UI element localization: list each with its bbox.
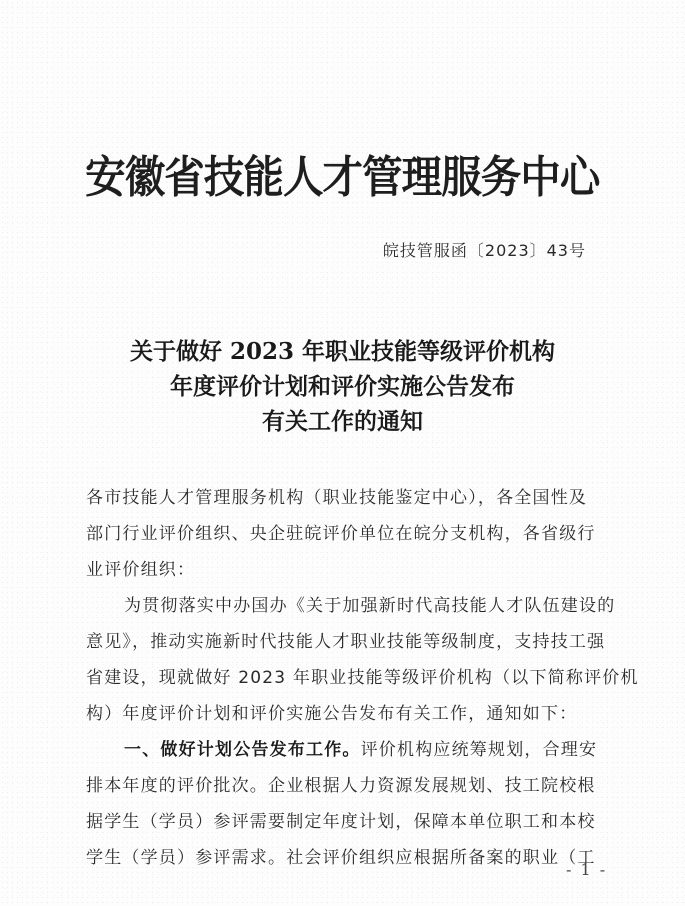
- document-number: 皖技管服函〔2023〕43号: [383, 240, 586, 262]
- heading-line: 年度评价计划和评价实施公告发布: [0, 369, 685, 404]
- page-number: - 1 -: [566, 860, 607, 879]
- text-line: 意见》，推动实施新时代技能人才职业技能等级制度，支持技工强: [86, 624, 606, 660]
- text-line: 构）年度评价计划和评价实施公告发布有关工作，通知如下：: [86, 696, 606, 732]
- issuing-organization-title: 安徽省技能人才管理服务中心: [27, 146, 657, 210]
- text-line: 据学生（学员）参评需要制定年度计划，保障本单位职工和本校: [86, 804, 606, 840]
- text-line: 省建设，现就做好 2023 年职业技能等级评价机构（以下简称评价机: [86, 660, 606, 696]
- text-line: 学生（学员）参评需求。社会评价组织应根据所备案的职业（工: [86, 840, 606, 876]
- section-1-title: 一、做好计划公告发布工作。: [124, 740, 361, 760]
- intro-paragraph: 为贯彻落实中办国办《关于加强新时代高技能人才队伍建设的 意见》，推动实施新时代技…: [86, 588, 606, 732]
- document-page: 安徽省技能人才管理服务中心 皖技管服函〔2023〕43号 关于做好 2023 年…: [0, 0, 685, 906]
- text-line: 业评价组织：: [86, 552, 606, 588]
- section-1-text: 评价机构应统筹规划，合理安: [361, 740, 598, 760]
- notice-heading: 关于做好 2023 年职业技能等级评价机构 年度评价计划和评价实施公告发布 有关…: [0, 334, 685, 439]
- text-line: 排本年度的评价批次。企业根据人力资源发展规划、技工院校根: [86, 768, 606, 804]
- text-line: 各市技能人才管理服务机构（职业技能鉴定中心），各全国性及: [86, 480, 606, 516]
- section-1-paragraph: 一、做好计划公告发布工作。评价机构应统筹规划，合理安 排本年度的评价批次。企业根…: [86, 732, 606, 876]
- salutation-paragraph: 各市技能人才管理服务机构（职业技能鉴定中心），各全国性及 部门行业评价组织、央企…: [86, 480, 606, 588]
- heading-line: 有关工作的通知: [0, 404, 685, 439]
- heading-line: 关于做好 2023 年职业技能等级评价机构: [0, 334, 685, 369]
- text-line: 为贯彻落实中办国办《关于加强新时代高技能人才队伍建设的: [86, 588, 606, 624]
- document-body: 各市技能人才管理服务机构（职业技能鉴定中心），各全国性及 部门行业评价组织、央企…: [86, 480, 606, 876]
- text-line: 部门行业评价组织、央企驻皖评价单位在皖分支机构，各省级行: [86, 516, 606, 552]
- text-line: 一、做好计划公告发布工作。评价机构应统筹规划，合理安: [86, 732, 606, 768]
